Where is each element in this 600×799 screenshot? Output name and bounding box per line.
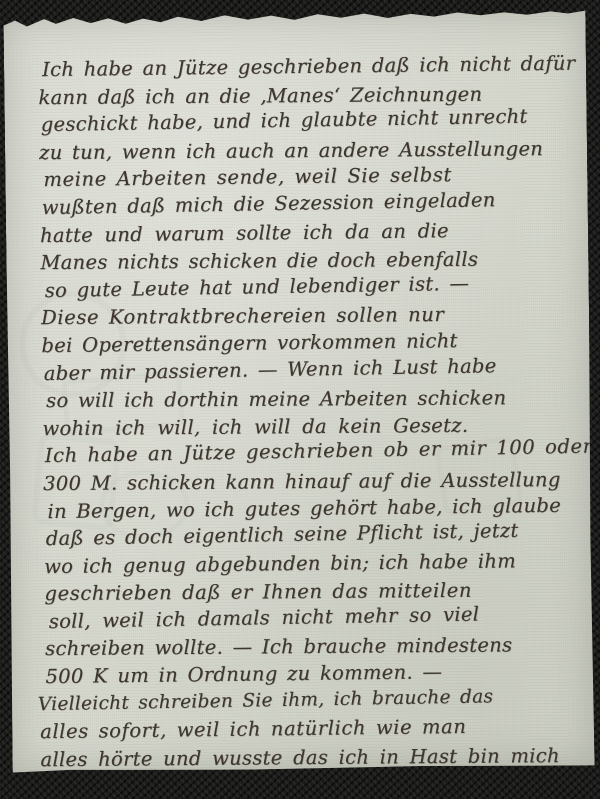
letter-page: Ich habe an Jütze geschrieben daß ich ni…	[3, 9, 594, 772]
handwritten-line: 300 M. schicken kann hinauf auf die Auss…	[43, 466, 573, 498]
handwritten-line: wo ich genug abgebunden bin; ich habe ih…	[44, 546, 574, 580]
handwritten-line: zu tun, wenn ich auch an andere Ausstell…	[39, 135, 569, 167]
handwritten-line: so will ich dorthin meine Arbeiten schic…	[46, 384, 572, 415]
handwritten-line: Diese Kontraktbrechereien sollen nur	[41, 300, 571, 332]
handwritten-line: Ich habe an Jütze geschrieben daß ich ni…	[42, 50, 568, 84]
handwritten-text-block: Ich habe an Jütze geschrieben daß ich ni…	[38, 50, 577, 774]
handwritten-line: schreiben wollte. — Ich brauche mindeste…	[45, 631, 575, 663]
